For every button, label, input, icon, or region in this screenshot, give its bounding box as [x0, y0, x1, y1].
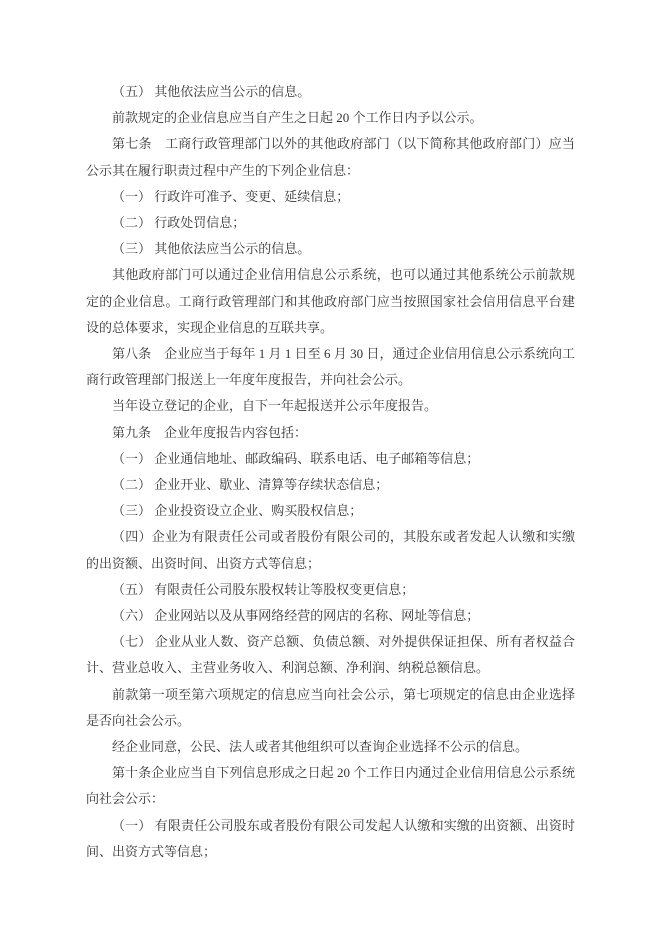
paragraph-article-7: 第七条 工商行政管理部门以外的其他政府部门（以下简称其他政府部门）应当公示其在履… — [86, 131, 575, 183]
paragraph-item-5-other-info: （五） 其他依法应当公示的信息。 — [86, 79, 575, 105]
paragraph-article-9: 第九条 企业年度报告内容包括： — [86, 420, 575, 446]
paragraph-article-9-item-2: （二） 企业开业、歇业、清算等存续状态信息； — [86, 472, 575, 498]
paragraph-article-7-item-2: （二） 行政处罚信息； — [86, 210, 575, 236]
paragraph-article-9-item-4: （四）企业为有限责任公司或者股份有限公司的，其股东或者发起人认缴和实缴的出资额、… — [86, 524, 575, 576]
paragraph-article-9-item-6: （六） 企业网站以及从事网络经营的网店的名称、网址等信息； — [86, 603, 575, 629]
paragraph-article-9-item-5: （五） 有限责任公司股东股权转让等股权变更信息； — [86, 577, 575, 603]
paragraph-article-7-item-1: （一） 行政许可准予、变更、延续信息； — [86, 184, 575, 210]
paragraph-query-with-consent: 经企业同意，公民、法人或者其他组织可以查询企业选择不公示的信息。 — [86, 734, 575, 760]
paragraph-article-10: 第十条企业应当自下列信息形成之日起 20 个工作日内通过企业信用信息公示系统向社… — [86, 760, 575, 812]
paragraph-article-9-item-3: （三） 企业投资设立企业、购买股权信息； — [86, 498, 575, 524]
paragraph-article-9-item-1: （一） 企业通信地址、邮政编码、联系电话、电子邮箱等信息； — [86, 446, 575, 472]
paragraph-disclosure-deadline: 前款规定的企业信息应当自产生之日起 20 个工作日内予以公示。 — [86, 105, 575, 131]
paragraph-new-enterprise-report: 当年设立登记的企业，自下一年起报送并公示年度报告。 — [86, 393, 575, 419]
paragraph-article-10-item-1: （一） 有限责任公司股东或者股份有限公司发起人认缴和实缴的出资额、出资时间、出资… — [86, 813, 575, 865]
paragraph-article-8: 第八条 企业应当于每年 1 月 1 日至 6 月 30 日，通过企业信用信息公示… — [86, 341, 575, 393]
paragraph-items-disclosure-rule: 前款第一项至第六项规定的信息应当向社会公示，第七项规定的信息由企业选择是否向社会… — [86, 682, 575, 734]
paragraph-other-departments-systems: 其他政府部门可以通过企业信用信息公示系统，也可以通过其他系统公示前款规定的企业信… — [86, 262, 575, 341]
document-page: （五） 其他依法应当公示的信息。 前款规定的企业信息应当自产生之日起 20 个工… — [0, 0, 662, 936]
paragraph-article-7-item-3: （三） 其他依法应当公示的信息。 — [86, 236, 575, 262]
paragraph-article-9-item-7: （七） 企业从业人数、资产总额、负债总额、对外提供保证担保、所有者权益合计、营业… — [86, 629, 575, 681]
